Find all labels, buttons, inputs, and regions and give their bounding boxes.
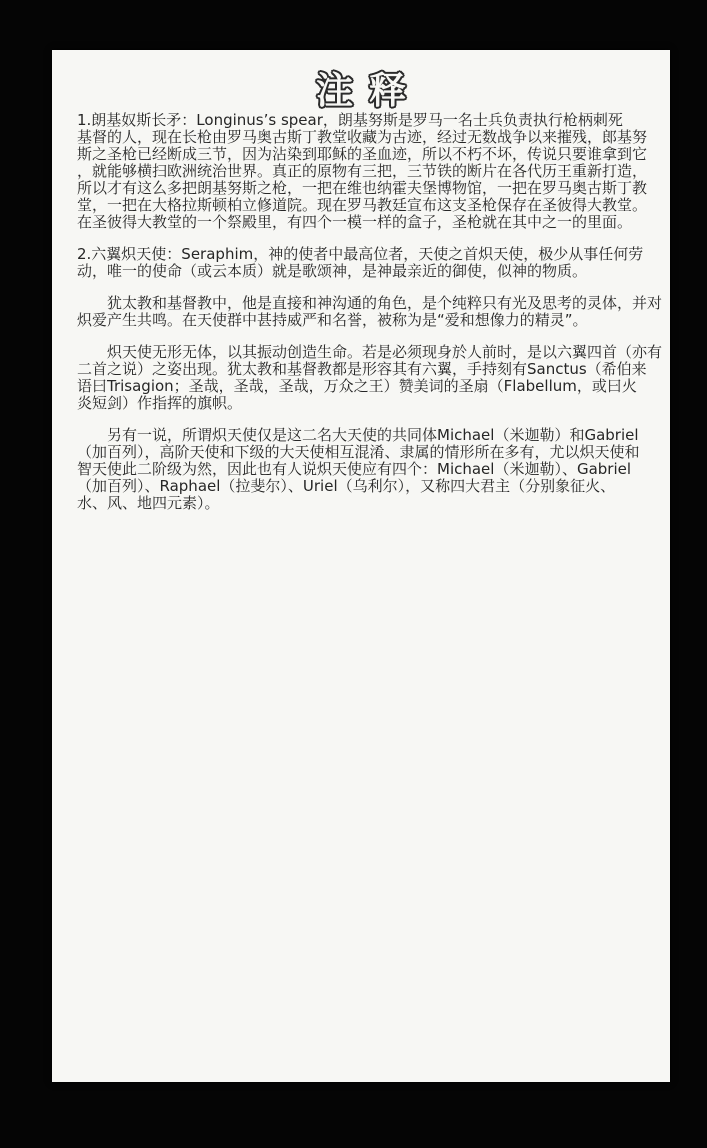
notes-content: 1.朗基奴斯长矛：Longinus’s spear，朗基努斯是罗马一名士兵负责执… [77,112,656,512]
text-line: ，就能够横扫欧洲统治世界。真正的原物有三把，三节铁的断片在各代历王重新打造， [77,163,656,180]
text-line: 所以才有这么多把朗基努斯之枪，一把在维也纳霍夫堡博物馆，一把在罗马奥古斯丁教 [77,180,656,197]
text-line: 基督的人，现在长枪由罗马奥古斯丁教堂收藏为古迹，经过无数战争以来摧残，郎基努 [77,129,656,146]
text-line: 动，唯一的使命（或云本质）就是歌颂神，是神最亲近的御使，似神的物质。 [77,263,656,280]
text-line: 斯之圣枪已经断成三节，因为沾染到耶稣的圣血迹，所以不朽不坏，传说只要谁拿到它 [77,146,656,163]
text-line: 堂，一把在大格拉斯顿柏立修道院。现在罗马教廷宣布这支圣枪保存在圣彼得大教堂。 [77,197,656,214]
text-line: 水、风、地四元素）。 [77,495,656,512]
note-paragraph-seraphim-archangels: 另有一说，所谓炽天使仅是这二名大天使的共同体Michael（米迦勒）和Gabri… [77,427,656,512]
note-paragraph-seraphim-form: 炽天使无形无体，以其振动创造生命。若是必须现身於人前时，是以六翼四首（亦有二首之… [77,344,656,412]
text-line: 另有一说，所谓炽天使仅是这二名大天使的共同体Michael（米迦勒）和Gabri… [77,427,656,444]
page-title: 注释 [52,50,670,106]
text-line: 2.六翼炽天使：Seraphim，神的使者中最高位者，天使之首炽天使，极少从事任… [77,246,656,263]
text-line: 炽爱产生共鸣。在天使群中甚持威严和名誉，被称为是“爱和想像力的精灵”。 [77,312,656,329]
scan-background: 注释 1.朗基奴斯长矛：Longinus’s spear，朗基努斯是罗马一名士兵… [0,0,707,1148]
note-paragraph-seraphim: 2.六翼炽天使：Seraphim，神的使者中最高位者，天使之首炽天使，极少从事任… [77,246,656,280]
page-title-text: 注释 [316,60,422,114]
text-line: 犹太教和基督教中，他是直接和神沟通的角色，是个纯粹只有光及思考的灵体，并对 [77,295,656,312]
text-line: （加百列）、Raphael（拉斐尔）、Uriel（乌利尔），又称四大君主（分别象… [77,478,656,495]
text-line: 二首之说）之姿出现。犹太教和基督教都是形容其有六翼，手持刻有Sanctus（希伯… [77,361,656,378]
text-line: （加百列），高阶天使和下级的大天使相互混淆、隶属的情形所在多有，尤以炽天使和 [77,444,656,461]
note-paragraph-longinus-spear: 1.朗基奴斯长矛：Longinus’s spear，朗基努斯是罗马一名士兵负责执… [77,112,656,231]
text-line: 智天使此二阶级为然，因此也有人说炽天使应有四个：Michael（米迦勒）、Gab… [77,461,656,478]
notes-page: 注释 1.朗基奴斯长矛：Longinus’s spear，朗基努斯是罗马一名士兵… [52,50,670,1082]
text-line: 1.朗基奴斯长矛：Longinus’s spear，朗基努斯是罗马一名士兵负责执… [77,112,656,129]
note-paragraph-seraphim-judaism: 犹太教和基督教中，他是直接和神沟通的角色，是个纯粹只有光及思考的灵体，并对炽爱产… [77,295,656,329]
text-line: 炎短剑）作指挥的旗帜。 [77,395,656,412]
text-line: 语曰Trisagion；圣哉，圣哉，圣哉，万众之王）赞美词的圣扇（Flabell… [77,378,656,395]
text-line: 在圣彼得大教堂的一个祭殿里，有四个一模一样的盒子，圣枪就在其中之一的里面。 [77,214,656,231]
text-line: 炽天使无形无体，以其振动创造生命。若是必须现身於人前时，是以六翼四首（亦有 [77,344,656,361]
